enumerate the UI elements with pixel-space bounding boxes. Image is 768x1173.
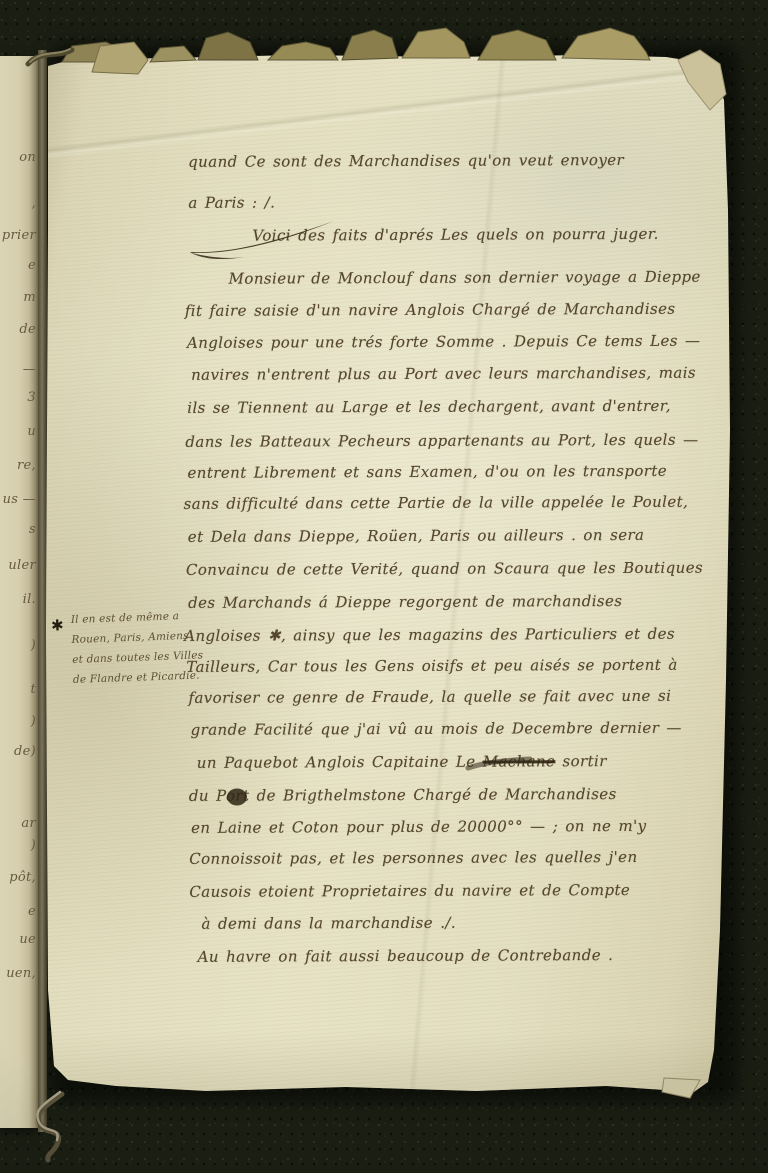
previous-page-line-fragment: pôt, [9,870,36,885]
manuscript-line: un Paquebot Anglois Capitaine Le Machane… [197,752,607,772]
previous-page-line-fragment: — [23,362,36,377]
previous-page-line-fragment: m [23,290,36,305]
previous-page-line-fragment: t [30,682,36,697]
previous-page-line-fragment: uler [8,558,36,573]
previous-page-line-fragment: 3 [27,390,36,405]
manuscript-line: fit faire saisie d'un navire Anglois Cha… [185,300,676,320]
manuscript-line: grande Facilité que j'ai vû au mois de D… [191,719,682,739]
manuscript-line: sans difficulté dans cette Partie de la … [184,493,689,513]
previous-page-line-fragment: de [19,322,36,337]
previous-page-line-fragment: ue [19,932,36,947]
photograph: { "photo": { "background_color": "#1b1f1… [0,0,768,1173]
margin-note-line: et dans toutes les Villes [72,649,208,666]
previous-page-line-fragment: ) [31,638,36,653]
manuscript-line: ils se Tiennent au Large et les decharge… [187,397,671,417]
manuscript-line: Convaincu de cette Verité, quand on Scau… [186,559,703,579]
previous-page-line-fragment: ) [31,714,36,729]
manuscript-line: des Marchands á Dieppe regorgent de marc… [188,592,622,612]
previous-page-line-fragment: e [28,904,36,919]
previous-page-line-fragment: , [32,196,36,211]
margin-note-line: de Flandre et Picardie. [73,669,209,686]
manuscript-line: Au havre on fait aussi beaucoup de Contr… [198,946,614,966]
previous-page-line-fragment: e [28,258,36,273]
previous-page-line-fragment: uen, [6,966,36,981]
manuscript-text-block: quand Ce sont des Marchandises qu'on veu… [0,0,768,1173]
manuscript-line: Voici des faits d'aprés Les quels on pou… [252,225,658,245]
previous-page-line-fragment: u [27,424,36,439]
manuscript-line: Connoissoit pas, et les personnes avec l… [189,848,637,868]
previous-page-line-fragment: s [29,522,36,537]
previous-page-line-fragment: us — [3,492,36,507]
manuscript-line: favoriser ce genre de Fraude, la quelle … [188,687,671,707]
previous-page-line-fragment: re, [17,458,36,473]
manuscript-line: du Port de Brigthelmstone Chargé de Marc… [189,785,617,805]
margin-note-line: Rouen, Paris, Amiens [71,629,207,646]
previous-page-line-fragment: prier [2,228,36,243]
margin-note: ✱ Il en est de même aRouen, Paris, Amien… [47,609,210,695]
margin-note-asterisk-icon: ✱ [51,616,64,634]
manuscript-line: dans les Batteaux Pecheurs appartenants … [185,431,698,451]
previous-page-line-fragment: ) [31,838,36,853]
previous-page-line-fragment: il. [23,592,36,607]
manuscript-line: Causois etoient Proprietaires du navire … [189,881,630,901]
manuscript-line: Tailleurs, Car tous les Gens oisifs et p… [186,656,677,676]
previous-page-line-fragment: de) [14,744,36,759]
manuscript-line: Monsieur de Monclouf dans son dernier vo… [229,268,701,288]
manuscript-line: quand Ce sont des Marchandises qu'on veu… [188,151,624,171]
manuscript-line: navires n'entrent plus au Port avec leur… [191,364,696,384]
manuscript-line: en Laine et Coton pour plus de 20000°° —… [191,817,647,837]
manuscript-line: Angloises ✱, ainsy que les magazins des … [184,625,675,645]
manuscript-line: et Dela dans Dieppe, Roüen, Paris ou ail… [188,526,645,546]
manuscript-line: a Paris : /. [188,193,275,211]
manuscript-line: Angloises pour une trés forte Somme . De… [187,332,701,352]
manuscript-line: entrent Librement et sans Examen, d'ou o… [187,462,667,482]
manuscript-line: à demi dans la marchandise ./. [201,914,456,933]
previous-page-line-fragment: on [19,150,36,165]
previous-page-line-fragment: ar [21,816,36,831]
